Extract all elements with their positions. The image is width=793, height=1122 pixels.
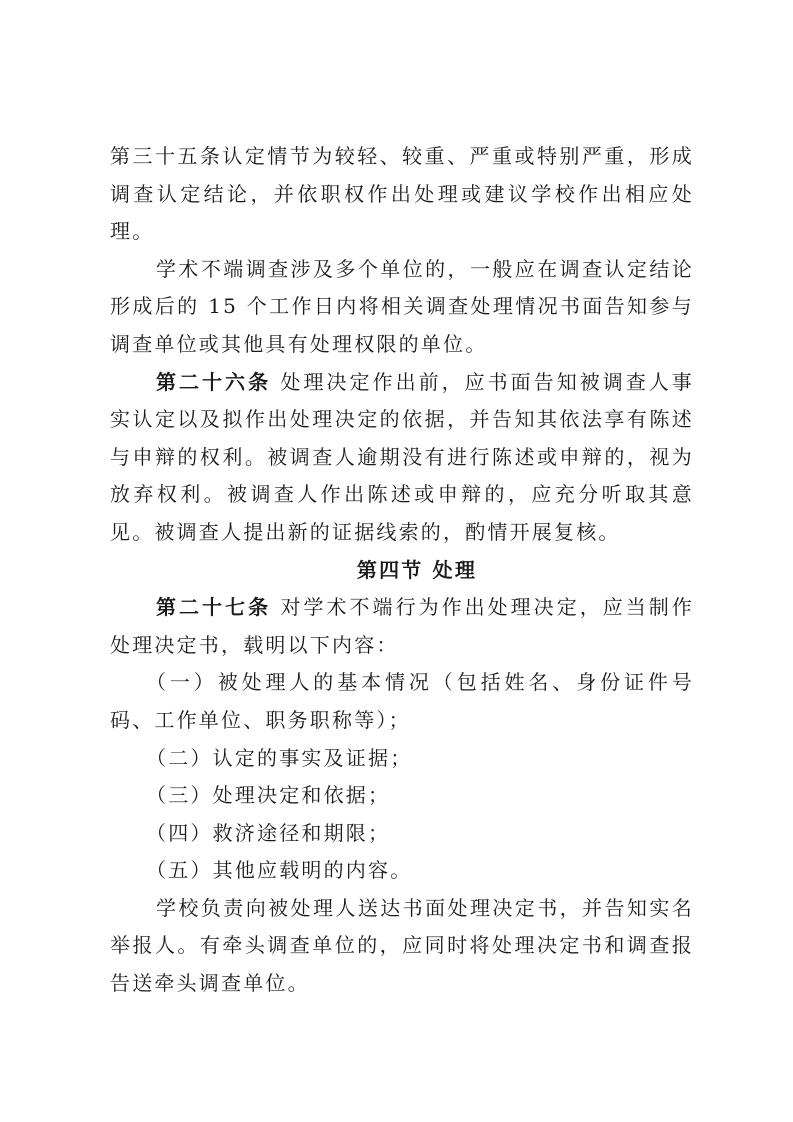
paragraph-article-26: 第二十六条 处理决定作出前，应书面告知被调查人事实认定以及拟作出处理决定的依据，… xyxy=(110,364,694,552)
paragraph-article-25-continuation: 第三十五条认定情节为较轻、较重、严重或特别严重，形成调查认定结论，并依职权作出处… xyxy=(110,138,694,251)
list-item: （五）其他应载明的内容。 xyxy=(110,852,694,890)
list-item: （一）被处理人的基本情况（包括姓名、身份证件号码、工作单位、职务职称等）； xyxy=(110,664,694,739)
article-27-label: 第二十七条 xyxy=(156,595,271,619)
document-page: 第三十五条认定情节为较轻、较重、严重或特别严重，形成调查认定结论，并依职权作出处… xyxy=(110,138,694,1003)
article-26-text: 处理决定作出前，应书面告知被调查人事实认定以及拟作出处理决定的依据，并告知其依法… xyxy=(110,370,694,544)
section-heading: 第四节 处理 xyxy=(110,552,694,590)
paragraph-multi-unit-notice: 学术不端调查涉及多个单位的，一般应在调查认定结论形成后的 15 个工作日内将相关… xyxy=(110,251,694,364)
paragraph-article-27: 第二十七条 对学术不端行为作出处理决定，应当制作处理决定书，载明以下内容： xyxy=(110,589,694,664)
article-26-label: 第二十六条 xyxy=(156,370,271,394)
list-item: （四）救济途径和期限； xyxy=(110,815,694,853)
list-item: （二）认定的事实及证据； xyxy=(110,740,694,778)
paragraph-delivery-notice: 学校负责向被处理人送达书面处理决定书，并告知实名举报人。有牵头调查单位的，应同时… xyxy=(110,890,694,1003)
list-item: （三）处理决定和依据； xyxy=(110,777,694,815)
